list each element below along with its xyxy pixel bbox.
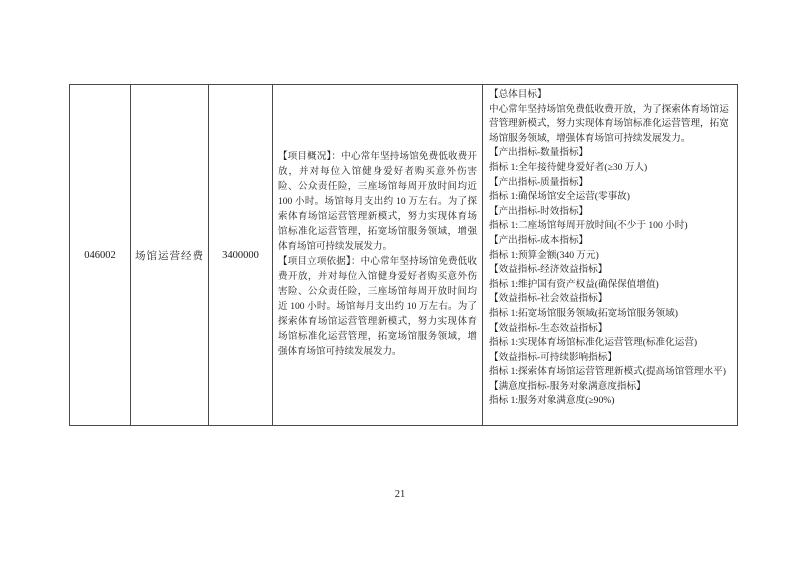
document-page: 046002 场馆运营经费 3400000 【项目概况】：中心常年坚持场馆免费低…	[0, 0, 800, 565]
target-line: 【效益指标-社会效益指标】	[489, 292, 732, 307]
description-paragraph: 【项目概况】：中心常年坚持场馆免费低收费开放，并对每位入馆健身爱好者购买意外伤害…	[278, 150, 477, 255]
project-description-cell: 【项目概况】：中心常年坚持场馆免费低收费开放，并对每位入馆健身爱好者购买意外伤害…	[273, 85, 483, 426]
target-line: 【满意度指标-服务对象满意度指标】	[489, 380, 732, 395]
target-line: 中心常年坚持场馆免费低收费开放，为了探索体育场馆运营管理新模式，努力实现体育场馆…	[489, 103, 732, 147]
target-line: 指标 1:拓宽场馆服务领域(拓宽场馆服务领域)	[489, 307, 732, 322]
project-performance-table: 046002 场馆运营经费 3400000 【项目概况】：中心常年坚持场馆免费低…	[69, 84, 738, 426]
target-line: 指标 1:探索体育场馆运营管理新模式(提高场馆管理水平)	[489, 365, 732, 380]
target-line: 【总体目标】	[489, 88, 732, 103]
project-targets-cell: 【总体目标】 中心常年坚持场馆免费低收费开放，为了探索体育场馆运营管理新模式，努…	[483, 85, 738, 426]
target-line: 指标 1:实现体育场馆标准化运营管理(标准化运营)	[489, 336, 732, 351]
table-row: 046002 场馆运营经费 3400000 【项目概况】：中心常年坚持场馆免费低…	[70, 85, 738, 426]
target-line: 指标 1:确保场馆安全运营(零事故)	[489, 190, 732, 205]
target-line: 【产出指标-数量指标】	[489, 146, 732, 161]
target-line: 【产出指标-时效指标】	[489, 205, 732, 220]
target-line: 指标 1:预算金额(340 万元)	[489, 249, 732, 264]
project-code-cell: 046002	[70, 85, 131, 426]
target-line-list: 【总体目标】 中心常年坚持场馆免费低收费开放，为了探索体育场馆运营管理新模式，努…	[489, 88, 732, 409]
target-line: 指标 1:维护国有资产权益(确保保值增值)	[489, 278, 732, 293]
target-line: 【效益指标-生态效益指标】	[489, 322, 732, 337]
project-name-cell: 场馆运营经费	[131, 85, 209, 426]
target-line: 【效益指标-经济效益指标】	[489, 263, 732, 278]
description-paragraph: 【项目立项依据】：中心常年坚持场馆免费低收费开放，并对每位入馆健身爱好者购买意外…	[278, 255, 477, 360]
target-line: 【产出指标-质量指标】	[489, 176, 732, 191]
target-line: 指标 1:二座场馆每周开放时间(不少于 100 小时)	[489, 219, 732, 234]
target-line: 指标 1:全年接待健身爱好者(≥30 万人)	[489, 161, 732, 176]
page-number: 21	[0, 489, 800, 500]
description-paragraph-list: 【项目概况】：中心常年坚持场馆免费低收费开放，并对每位入馆健身爱好者购买意外伤害…	[278, 150, 477, 360]
project-amount-cell: 3400000	[209, 85, 273, 426]
target-line: 指标 1:服务对象满意度(≥90%)	[489, 394, 732, 409]
target-line: 【产出指标-成本指标】	[489, 234, 732, 249]
target-line: 【效益指标-可持续影响指标】	[489, 351, 732, 366]
